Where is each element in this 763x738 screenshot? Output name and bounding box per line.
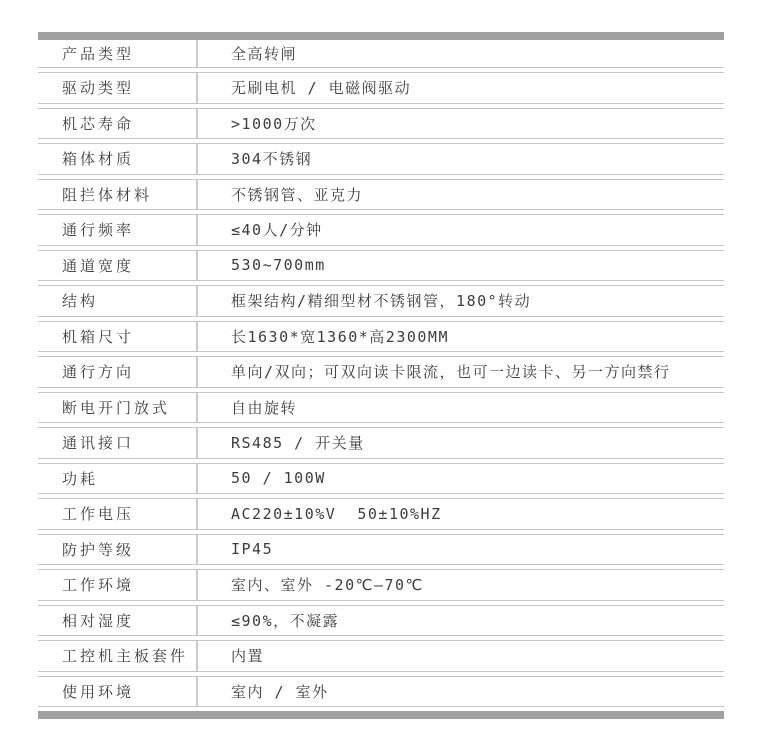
spec-value: 室内、室外 -20℃—70℃ (198, 570, 724, 600)
spec-label: 阻拦体材料 (38, 180, 196, 210)
spec-label: 断电开门放式 (38, 393, 196, 423)
spec-row: 工作环境 室内、室外 -20℃—70℃ (38, 569, 724, 601)
spec-value: 全高转闸 (198, 40, 724, 67)
spec-label: 工控机主板套件 (38, 641, 196, 671)
spec-table: 产品类型 全高转闸 驱动类型 无刷电机 / 电磁阀驱动 机芯寿命 >1000万次… (38, 40, 724, 707)
spec-label: 工作电压 (38, 499, 196, 529)
spec-value: 530~700mm (198, 251, 724, 281)
spec-label: 防护等级 (38, 535, 196, 565)
spec-value: 无刷电机 / 电磁阀驱动 (198, 73, 724, 103)
spec-label: 箱体材质 (38, 144, 196, 174)
spec-value: 室内 / 室外 (198, 677, 724, 707)
spec-row: 工作电压 AC220±10%V 50±10%HZ (38, 498, 724, 530)
spec-row: 机芯寿命 >1000万次 (38, 108, 724, 140)
spec-label: 通道宽度 (38, 251, 196, 281)
spec-label: 通行方向 (38, 357, 196, 387)
spec-row: 阻拦体材料 不锈钢管、亚克力 (38, 179, 724, 211)
top-accent-bar (38, 32, 724, 40)
spec-label: 机箱尺寸 (38, 322, 196, 352)
spec-row: 通行频率 ≤40人/分钟 (38, 214, 724, 246)
bottom-accent-bar (38, 711, 724, 719)
spec-label: 通讯接口 (38, 428, 196, 458)
spec-value: >1000万次 (198, 109, 724, 139)
spec-value: ≤90%，不凝露 (198, 606, 724, 636)
spec-value: 304不锈钢 (198, 144, 724, 174)
spec-row: 驱动类型 无刷电机 / 电磁阀驱动 (38, 72, 724, 104)
spec-value: 长1630*宽1360*高2300MM (198, 322, 724, 352)
spec-label: 产品类型 (38, 40, 196, 67)
spec-value: 内置 (198, 641, 724, 671)
spec-row: 箱体材质 304不锈钢 (38, 143, 724, 175)
spec-value: 不锈钢管、亚克力 (198, 180, 724, 210)
spec-value: RS485 / 开关量 (198, 428, 724, 458)
spec-label: 机芯寿命 (38, 109, 196, 139)
spec-value: IP45 (198, 535, 724, 565)
spec-row: 相对湿度 ≤90%，不凝露 (38, 605, 724, 637)
spec-row: 功耗 50 / 100W (38, 463, 724, 495)
spec-row: 使用环境 室内 / 室外 (38, 676, 724, 708)
spec-label: 使用环境 (38, 677, 196, 707)
spec-value: 框架结构/精细型材不锈钢管，180°转动 (198, 286, 724, 316)
spec-row: 通道宽度 530~700mm (38, 250, 724, 282)
spec-label: 相对湿度 (38, 606, 196, 636)
spec-value: AC220±10%V 50±10%HZ (198, 499, 724, 529)
spec-value: ≤40人/分钟 (198, 215, 724, 245)
spec-row: 通讯接口 RS485 / 开关量 (38, 427, 724, 459)
spec-row: 断电开门放式 自由旋转 (38, 392, 724, 424)
spec-row: 产品类型 全高转闸 (38, 40, 724, 68)
spec-value: 50 / 100W (198, 464, 724, 494)
spec-label: 驱动类型 (38, 73, 196, 103)
spec-value: 自由旋转 (198, 393, 724, 423)
spec-row: 工控机主板套件 内置 (38, 640, 724, 672)
spec-sheet: 产品类型 全高转闸 驱动类型 无刷电机 / 电磁阀驱动 机芯寿命 >1000万次… (38, 32, 724, 719)
spec-label: 工作环境 (38, 570, 196, 600)
spec-value: 单向/双向；可双向读卡限流，也可一边读卡、另一方向禁行 (198, 357, 724, 387)
spec-row: 结构 框架结构/精细型材不锈钢管，180°转动 (38, 285, 724, 317)
spec-label: 功耗 (38, 464, 196, 494)
spec-row: 防护等级 IP45 (38, 534, 724, 566)
spec-row: 机箱尺寸 长1630*宽1360*高2300MM (38, 321, 724, 353)
spec-row: 通行方向 单向/双向；可双向读卡限流，也可一边读卡、另一方向禁行 (38, 356, 724, 388)
spec-label: 结构 (38, 286, 196, 316)
spec-label: 通行频率 (38, 215, 196, 245)
